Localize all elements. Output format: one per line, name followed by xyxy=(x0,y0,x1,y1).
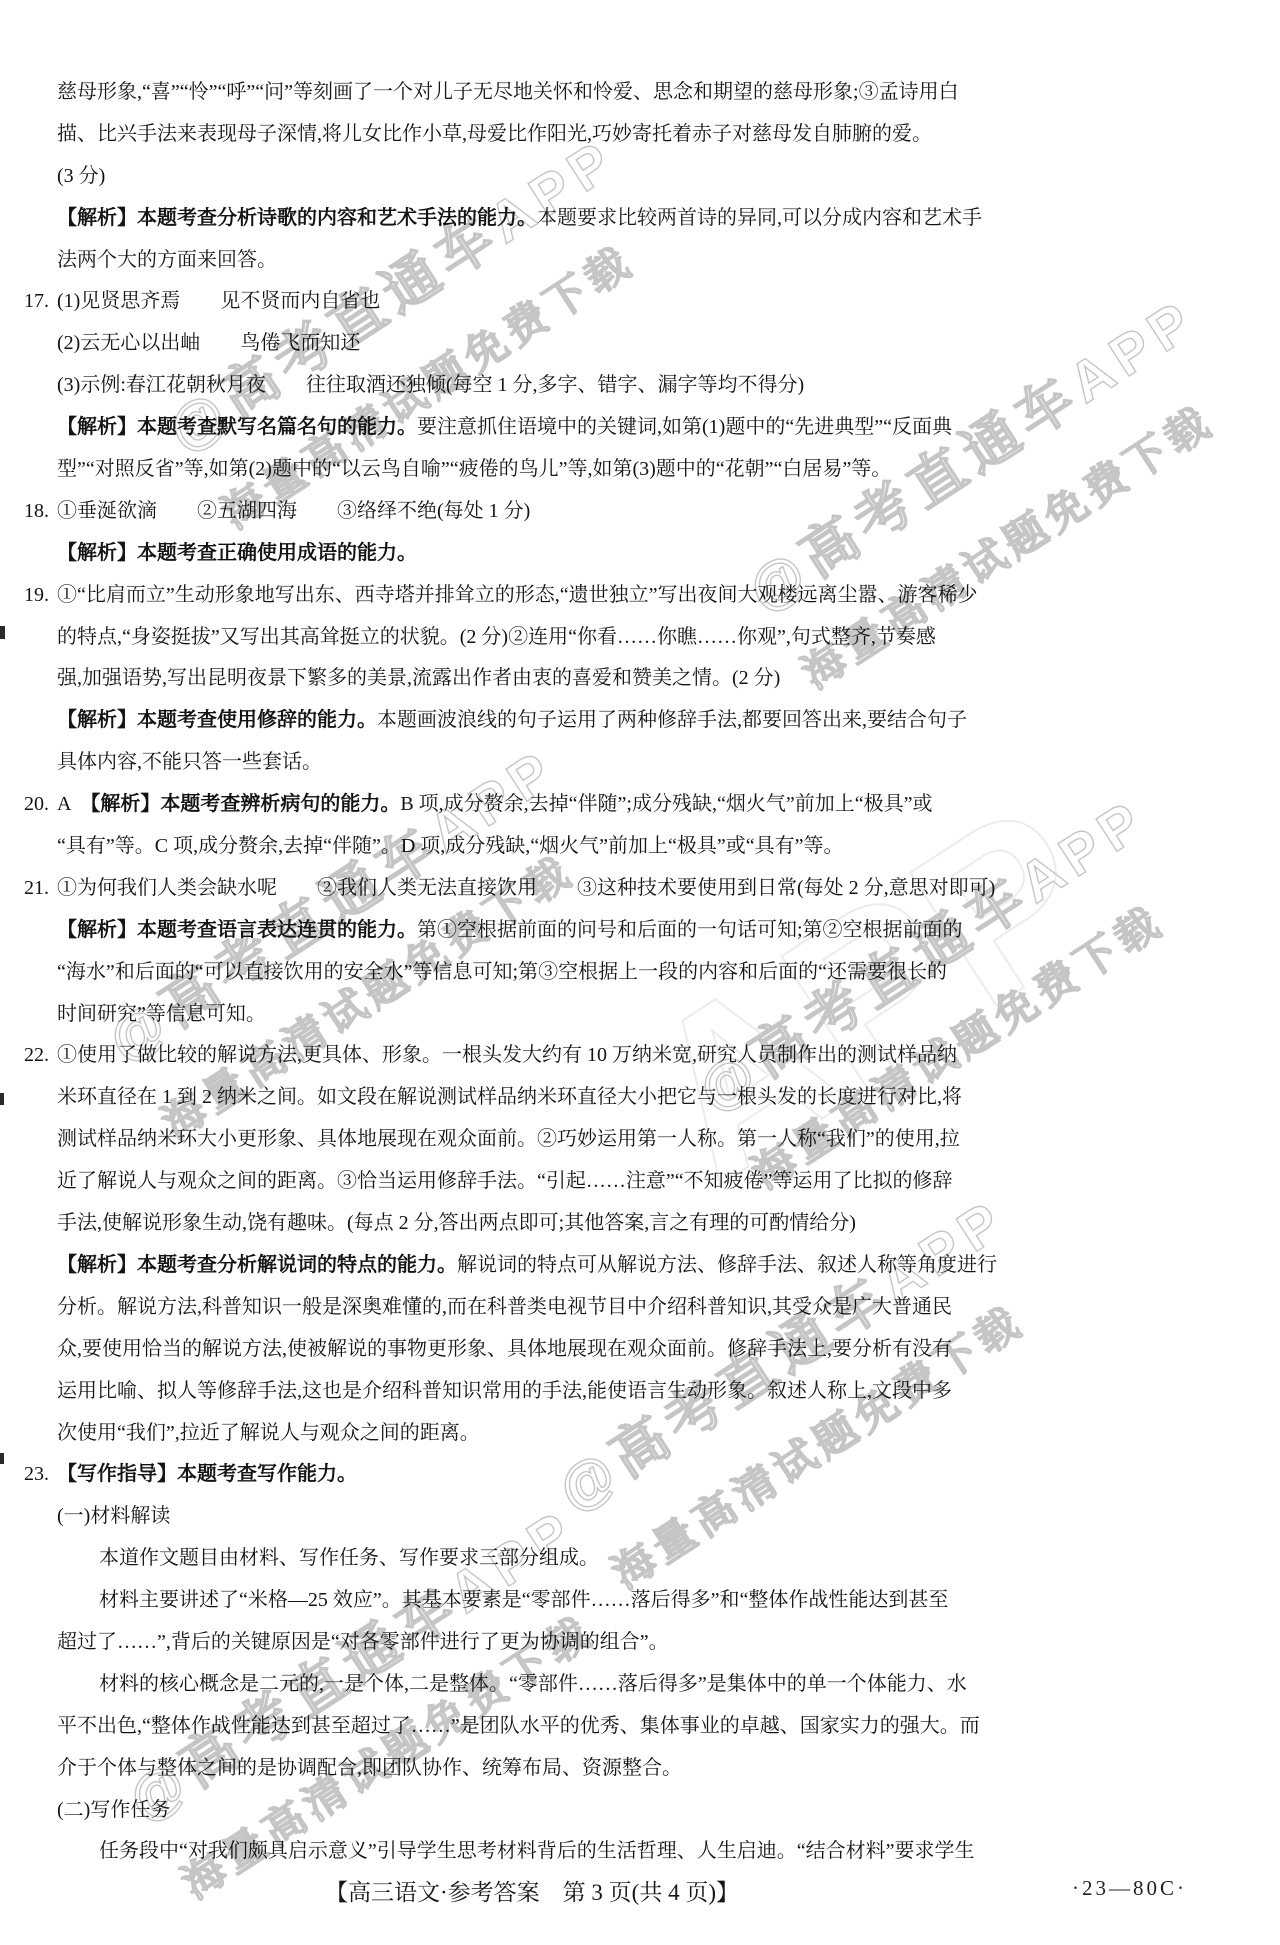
answer-line: 20.A 【解析】本题考查辨析病句的能力。B 项,成分赘余,去掉“伴随”;成分残… xyxy=(57,784,1007,826)
footer-title: 【高三语文·参考答案 第 3 页(共 4 页)】 xyxy=(57,1874,1007,1907)
answer-text: 【解析】本题考查使用修辞的能力。 xyxy=(57,709,377,731)
answer-text: 本题要求比较两首诗的异同,可以分成内容和艺术手 xyxy=(537,207,982,229)
answer-line: 【解析】本题考查分析解说词的特点的能力。解说词的特点可从解说方法、修辞手法、叙述… xyxy=(57,1245,1007,1287)
answer-text: 型”“对照反省”等,如第(2)题中的“以云鸟自喻”“疲倦的鸟儿”等,如第(3)题… xyxy=(57,458,891,480)
answer-line: 法两个大的方面来回答。 xyxy=(57,240,1007,282)
answer-line: 强,加强语势,写出昆明夜景下繁多的美景,流露出作者由衷的喜爱和赞美之情。(2 分… xyxy=(57,658,1007,700)
answer-text: A xyxy=(57,793,90,815)
answer-line: 【解析】本题考查分析诗歌的内容和艺术手法的能力。本题要求比较两首诗的异同,可以分… xyxy=(57,198,1007,240)
answer-text: 任务段中“对我们颇具启示意义”引导学生思考材料背后的生活哲理、人生启迪。“结合材… xyxy=(99,1840,975,1862)
answer-text: ①“比肩而立”生动形象地写出东、西寺塔并排耸立的形态,“遗世独立”写出夜间大观楼… xyxy=(57,584,978,606)
answer-line: (一)材料解读 xyxy=(57,1496,1007,1538)
answer-line: 任务段中“对我们颇具启示意义”引导学生思考材料背后的生活哲理、人生启迪。“结合材… xyxy=(57,1831,1007,1873)
answer-line: 【解析】本题考查默写名篇名句的能力。要注意抓住语境中的关键词,如第(1)题中的“… xyxy=(57,407,1007,449)
item-number: 17. xyxy=(24,281,49,323)
item-number: 21. xyxy=(24,868,49,910)
answer-text: 超过了……”,背后的关键原因是“对各零部件进行了更为协调的组合”。 xyxy=(57,1631,669,1653)
answer-line: (2)云无心以出岫 鸟倦飞而知还 xyxy=(57,323,1007,365)
answer-text: 【解析】本题考查分析解说词的特点的能力。 xyxy=(57,1254,457,1276)
scan-artifact xyxy=(0,626,5,639)
answer-line: 17.(1)见贤思齐焉 见不贤而内自省也 xyxy=(57,281,1007,323)
item-number: 23. xyxy=(24,1454,49,1496)
answer-text: (3 分) xyxy=(57,165,105,187)
answer-text: ①使用了做比较的解说方法,更具体、形象。一根头发大约有 10 万纳米宽,研究人员… xyxy=(57,1044,957,1066)
answer-line: 【解析】本题考查正确使用成语的能力。 xyxy=(57,533,1007,575)
answer-text: (3)示例:春江花朝秋月夜 往往取酒还独倾(每空 1 分,多字、错字、漏字等均不… xyxy=(57,374,804,396)
answer-line: 【解析】本题考查使用修辞的能力。本题画波浪线的句子运用了两种修辞手法,都要回答出… xyxy=(57,700,1007,742)
answer-text: (一)材料解读 xyxy=(57,1505,170,1527)
answer-line: 次使用“我们”,拉近了解说人与观众之间的距离。 xyxy=(57,1413,1007,1455)
answer-text: 要注意抓住语境中的关键词,如第(1)题中的“先进典型”“反面典 xyxy=(417,416,952,438)
answer-text: 平不出色,“整体作战性能达到甚至超过了……”是团队水平的优秀、集体事业的卓越、国… xyxy=(57,1715,980,1737)
item-number: 20. xyxy=(24,784,49,826)
answer-text: 材料的核心概念是二元的,一是个体,二是整体。“零部件……落后得多”是集体中的单一… xyxy=(99,1673,967,1695)
answer-line: 的特点,“身姿挺拔”又写出其高耸挺立的状貌。(2 分)②连用“你看……你瞧……你… xyxy=(57,617,1007,659)
answer-text: (2)云无心以出岫 鸟倦飞而知还 xyxy=(57,332,360,354)
answer-line: 测试样品纳米环大小更形象、具体地展现在观众面前。②巧妙运用第一人称。第一人称“我… xyxy=(57,1119,1007,1161)
answer-line: 描、比兴手法来表现母子深情,将儿女比作小草,母爱比作阳光,巧妙寄托着赤子对慈母发… xyxy=(57,114,1007,156)
answer-line: 23.【写作指导】本题考查写作能力。 xyxy=(57,1454,1007,1496)
item-number: 18. xyxy=(24,491,49,533)
answer-line: 材料的核心概念是二元的,一是个体,二是整体。“零部件……落后得多”是集体中的单一… xyxy=(57,1664,1007,1706)
answer-text: 【写作指导】本题考查写作能力。 xyxy=(57,1463,357,1485)
answer-text: 描、比兴手法来表现母子深情,将儿女比作小草,母爱比作阳光,巧妙寄托着赤子对慈母发… xyxy=(57,123,932,145)
answer-text: “海水”和后面的“可以直接饮用的安全水”等信息可知;第③空根据上一段的内容和后面… xyxy=(57,961,947,983)
item-number: 22. xyxy=(24,1035,49,1077)
answer-line: 19.①“比肩而立”生动形象地写出东、西寺塔并排耸立的形态,“遗世独立”写出夜间… xyxy=(57,575,1007,617)
answer-line: 近了解说人与观众之间的距离。③恰当运用修辞手法。“引起……注意”“不知疲倦”等运… xyxy=(57,1161,1007,1203)
answer-text: 介于个体与整体之间的是协调配合,即团队协作、统筹布局、资源整合。 xyxy=(57,1757,682,1779)
answer-text: 慈母形象,“喜”“怜”“呼”“问”等刻画了一个对儿子无尽地关怀和怜爱、思念和期望… xyxy=(57,81,959,103)
answer-text: 本道作文题目由材料、写作任务、写作要求三部分组成。 xyxy=(99,1547,599,1569)
answer-line: (3)示例:春江花朝秋月夜 往往取酒还独倾(每空 1 分,多字、错字、漏字等均不… xyxy=(57,365,1007,407)
answer-text: 【解析】本题考查分析诗歌的内容和艺术手法的能力。 xyxy=(57,207,537,229)
answer-line: 时间研究”等信息可知。 xyxy=(57,994,1007,1036)
answer-text: ①为何我们人类会缺水呢 ②我们人类无法直接饮用 ③这种技术要使用到日常(每处 2… xyxy=(57,877,995,899)
answer-line: 型”“对照反省”等,如第(2)题中的“以云鸟自喻”“疲倦的鸟儿”等,如第(3)题… xyxy=(57,449,1007,491)
answer-line: (二)写作任务 xyxy=(57,1790,1007,1832)
answer-text: 测试样品纳米环大小更形象、具体地展现在观众面前。②巧妙运用第一人称。第一人称“我… xyxy=(57,1128,960,1150)
answer-line: 【解析】本题考查语言表达连贯的能力。第①空根据前面的问号和后面的一句话可知;第②… xyxy=(57,910,1007,952)
scan-artifact xyxy=(0,1453,4,1464)
answer-text: 第①空根据前面的问号和后面的一句话可知;第②空根据前面的 xyxy=(417,919,963,941)
answer-line: 18.①垂涎欲滴 ②五湖四海 ③络绎不绝(每处 1 分) xyxy=(57,491,1007,533)
answer-text: 手法,使解说形象生动,饶有趣味。(每点 2 分,答出两点即可;其他答案,言之有理… xyxy=(57,1212,856,1234)
answer-line: 具体内容,不能只答一些套话。 xyxy=(57,742,1007,784)
answer-line: 运用比喻、拟人等修辞手法,这也是介绍科普知识常用的手法,能使语言生动形象。叙述人… xyxy=(57,1371,1007,1413)
answer-line: 超过了……”,背后的关键原因是“对各零部件进行了更为协调的组合”。 xyxy=(57,1622,1007,1664)
answer-text: 材料主要讲述了“米格—25 效应”。其基本要素是“零部件……落后得多”和“整体作… xyxy=(99,1589,948,1611)
answer-line: 分析。解说方法,科普知识一般是深奥难懂的,而在科普类电视节目中介绍科普知识,其受… xyxy=(57,1287,1007,1329)
answer-text: (1)见贤思齐焉 见不贤而内自省也 xyxy=(57,290,380,312)
answer-line: 平不出色,“整体作战性能达到甚至超过了……”是团队水平的优秀、集体事业的卓越、国… xyxy=(57,1706,1007,1748)
answer-text: 的特点,“身姿挺拔”又写出其高耸挺立的状貌。(2 分)②连用“你看……你瞧……你… xyxy=(57,626,936,648)
answer-text: 法两个大的方面来回答。 xyxy=(57,249,277,271)
answer-line: 众,要使用恰当的解说方法,使被解说的事物更形象、具体地展现在观众面前。修辞手法上… xyxy=(57,1329,1007,1371)
answer-text: 分析。解说方法,科普知识一般是深奥难懂的,而在科普类电视节目中介绍科普知识,其受… xyxy=(57,1296,952,1318)
answer-line: 慈母形象,“喜”“怜”“呼”“问”等刻画了一个对儿子无尽地关怀和怜爱、思念和期望… xyxy=(57,72,1007,114)
answer-text: 【解析】本题考查语言表达连贯的能力。 xyxy=(57,919,417,941)
answer-content: 慈母形象,“喜”“怜”“呼”“问”等刻画了一个对儿子无尽地关怀和怜爱、思念和期望… xyxy=(57,72,1007,1873)
answer-text: 运用比喻、拟人等修辞手法,这也是介绍科普知识常用的手法,能使语言生动形象。叙述人… xyxy=(57,1380,952,1402)
answer-text: 解说词的特点可从解说方法、修辞手法、叙述人称等角度进行 xyxy=(457,1254,997,1276)
answer-line: 本道作文题目由材料、写作任务、写作要求三部分组成。 xyxy=(57,1538,1007,1580)
answer-text: “具有”等。C 项,成分赘余,去掉“伴随”。D 项,成分残缺,“烟火气”前加上“… xyxy=(57,835,844,857)
answer-text: 本题画波浪线的句子运用了两种修辞手法,都要回答出来,要结合句子 xyxy=(377,709,967,731)
answer-text: 【解析】本题考查辨析病句的能力。 xyxy=(90,793,400,815)
answer-line: 米环直径在 1 到 2 纳米之间。如文段在解说测试样品纳米环直径大小把它与一根头… xyxy=(57,1077,1007,1119)
answer-text: 众,要使用恰当的解说方法,使被解说的事物更形象、具体地展现在观众面前。修辞手法上… xyxy=(57,1338,952,1360)
answer-line: “具有”等。C 项,成分赘余,去掉“伴随”。D 项,成分残缺,“烟火气”前加上“… xyxy=(57,826,1007,868)
item-number: 19. xyxy=(24,575,49,617)
answer-text: B 项,成分赘余,去掉“伴随”;成分残缺,“烟火气”前加上“极具”或 xyxy=(400,793,932,815)
answer-text: 近了解说人与观众之间的距离。③恰当运用修辞手法。“引起……注意”“不知疲倦”等运… xyxy=(57,1170,953,1192)
answer-text: 具体内容,不能只答一些套话。 xyxy=(57,751,322,773)
answer-line: 手法,使解说形象生动,饶有趣味。(每点 2 分,答出两点即可;其他答案,言之有理… xyxy=(57,1203,1007,1245)
answer-text: 【解析】本题考查默写名篇名句的能力。 xyxy=(57,416,417,438)
scan-artifact xyxy=(0,1093,4,1105)
answer-text: 米环直径在 1 到 2 纳米之间。如文段在解说测试样品纳米环直径大小把它与一根头… xyxy=(57,1086,962,1108)
answer-line: “海水”和后面的“可以直接饮用的安全水”等信息可知;第③空根据上一段的内容和后面… xyxy=(57,952,1007,994)
answer-text: ①垂涎欲滴 ②五湖四海 ③络绎不绝(每处 1 分) xyxy=(57,500,530,522)
answer-line: 21.①为何我们人类会缺水呢 ②我们人类无法直接饮用 ③这种技术要使用到日常(每… xyxy=(57,868,1007,910)
answer-line: 22.①使用了做比较的解说方法,更具体、形象。一根头发大约有 10 万纳米宽,研… xyxy=(57,1035,1007,1077)
scanned-answer-page: @高考直通车APP海量高清试题免费下载@高考直通车APP海量高清试题免费下载@高… xyxy=(0,0,1280,1945)
answer-text: 次使用“我们”,拉近了解说人与观众之间的距离。 xyxy=(57,1422,480,1444)
answer-text: 【解析】本题考查正确使用成语的能力。 xyxy=(57,542,417,564)
footer-page-code: ·23—80C· xyxy=(1072,1876,1187,1901)
answer-line: 材料主要讲述了“米格—25 效应”。其基本要素是“零部件……落后得多”和“整体作… xyxy=(57,1580,1007,1622)
answer-text: 强,加强语势,写出昆明夜景下繁多的美景,流露出作者由衷的喜爱和赞美之情。(2 分… xyxy=(57,667,780,689)
answer-line: 介于个体与整体之间的是协调配合,即团队协作、统筹布局、资源整合。 xyxy=(57,1748,1007,1790)
answer-line: (3 分) xyxy=(57,156,1007,198)
answer-text: 时间研究”等信息可知。 xyxy=(57,1003,266,1025)
answer-text: (二)写作任务 xyxy=(57,1799,170,1821)
